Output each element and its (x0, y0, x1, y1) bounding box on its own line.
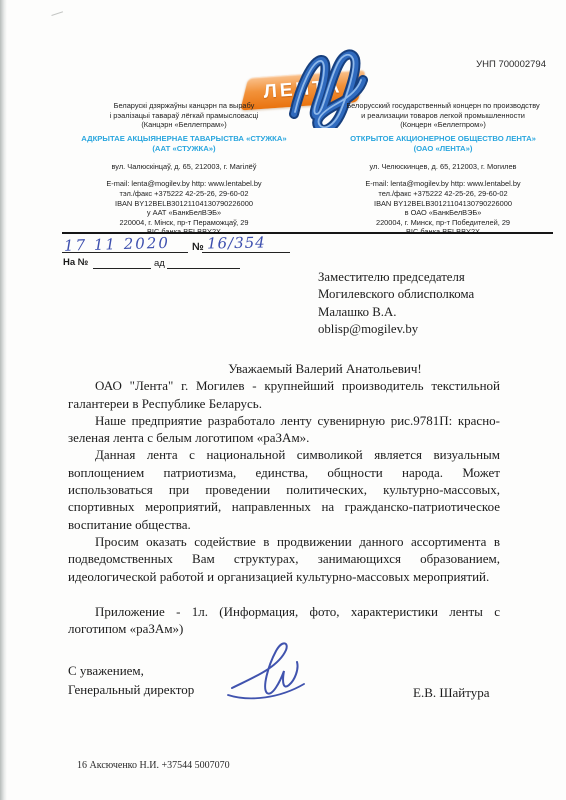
ref-number-handwritten: 16/354 (207, 233, 266, 252)
contact-line: у ААТ «БанкБелВЭБ» (68, 208, 300, 218)
contact-line: IBAN BY12BELB30121104130790226000 (68, 199, 300, 209)
contact-line: 220004, г. Минск, пр-т Победителей, 29 (326, 218, 560, 228)
body-paragraph: Данная лента с национальной символикой я… (68, 446, 500, 532)
org-name-line: (ОАО «ЛЕНТА») (326, 144, 560, 155)
body-paragraph: Наше предприятие разработало ленту сувен… (68, 412, 500, 447)
letterhead-right-column: Белорусский государственный концерн по п… (326, 101, 560, 237)
contact-line: IBAN BY12BELB30121104130790226000 (326, 199, 560, 209)
on-number-underline (93, 268, 151, 269)
addressee-line: Могилевского облисполкома (318, 286, 474, 303)
scan-edge-shadow (0, 0, 7, 800)
addressee-email: oblisp@mogilev.by (318, 321, 474, 338)
contact-line: E-mail: lenta@mogilev.by http: www.lenta… (68, 179, 300, 189)
body-paragraph: Просим оказать содействие в продвижении … (68, 533, 500, 585)
letter-body: Уважаемый Валерий Анатольевич! ОАО "Лент… (68, 360, 500, 637)
concern-line: і рэалізацыі тавараў лёгкай прамысловасц… (68, 111, 300, 121)
org-name-line: ОТКРЫТОЕ АКЦИОНЕРНОЕ ОБЩЕСТВО ЛЕНТА» (326, 134, 560, 145)
addressee-line: Заместителю председателя (318, 269, 474, 286)
addressee-block: Заместителю председателя Могилевского об… (318, 269, 474, 338)
ref-on-number-label: На № (63, 257, 88, 268)
contact-line: тэл./факс +375222 42-25-26, 29-60-02 (68, 189, 300, 199)
executor-note: 16 Аксюченко Н.И. +37544 5007070 (77, 760, 230, 771)
signer-name: Е.В. Шайтура (413, 685, 489, 701)
contact-line: в ОАО «БанкБелВЭБ» (326, 208, 560, 218)
closing-line: С уважением, (68, 663, 144, 679)
org-name-line: (ААТ «СТУЖКА») (68, 144, 300, 155)
concern-line: Беларускі дзяржаўны канцэрн па вырабу (68, 101, 300, 111)
org-name-line: АДКРЫТАЕ АКЦЫЯНЕРНАЕ ТАВАРЫСТВА «СТУЖКА» (68, 134, 300, 145)
attachment-paragraph: Приложение - 1л. (Информация, фото, хара… (68, 603, 500, 638)
addressee-line: Малашко В.А. (318, 304, 474, 321)
unp-number: УНП 700002794 (476, 59, 546, 70)
address-line: ул. Челюскинцев, д. 65, 212003, г. Могил… (326, 162, 560, 172)
pencil-mark (51, 11, 64, 20)
contact-line: E-mail: lenta@mogilev.by http: www.lenta… (326, 179, 560, 189)
body-paragraph: ОАО "Лента" г. Могилев - крупнейший прои… (68, 377, 500, 412)
contact-line: тел./факс +375222 42-25-26, 29-60-02 (326, 189, 560, 199)
concern-line: (Канцэрн «Беллегпрам») (68, 120, 300, 130)
contact-line: 220004, г. Мінск, пр-т Пераможцаў, 29 (68, 218, 300, 228)
date-underline (62, 252, 188, 253)
concern-line: (Концерн «Беллегпром») (326, 120, 560, 130)
address-line: вул. Чалюскінцаў, д. 65, 212003, г. Магі… (68, 162, 300, 172)
from-date-underline (167, 268, 240, 269)
number-underline (202, 252, 290, 253)
letterhead-left-column: Беларускі дзяржаўны канцэрн па вырабу і … (68, 101, 300, 237)
salutation: Уважаемый Валерий Анатольевич! (68, 360, 500, 377)
signer-title: Генеральный директор (68, 682, 194, 698)
concern-line: и реализации товаров легкой промышленнос… (326, 111, 560, 121)
ref-from-label: ад (154, 258, 165, 269)
scanned-letter-page: ЛЕНТА УНП 700002794 Беларускі дзяржаўны … (0, 0, 566, 800)
signature-icon (222, 638, 332, 706)
concern-line: Белорусский государственный концерн по п… (326, 101, 560, 111)
